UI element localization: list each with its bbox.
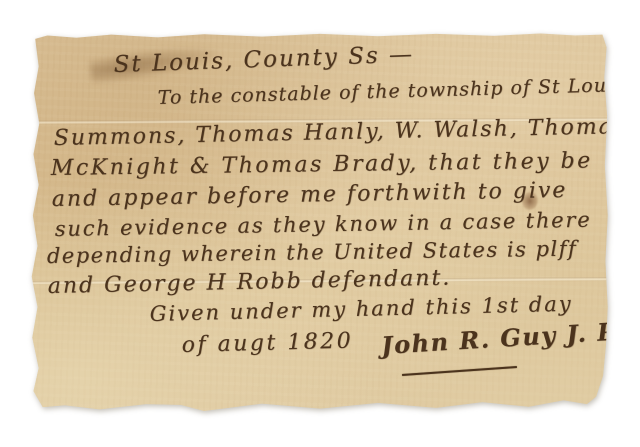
document-line-body-1: and appear before me forthwith to give	[52, 180, 568, 211]
document-line-body-2: such evidence as they know in a case the…	[55, 210, 592, 240]
document-line-salutation: To the constable of the township of St L…	[157, 76, 625, 108]
paper-shadow: St Louis, County Ss — To the constable o…	[30, 32, 610, 414]
signature-flourish	[402, 366, 517, 376]
scanned-document-canvas: St Louis, County Ss — To the constable o…	[0, 0, 640, 447]
document-line-date-1: Given under my hand this 1st day	[149, 294, 572, 325]
document-line-body-4: and George H Robb defendant.	[48, 268, 452, 298]
document-line-summons-names-1: Summons, Thomas Hanly, W. Walsh, Thomas	[54, 116, 628, 150]
document-line-summons-names-2: McKnight & Thomas Brady, that they be	[51, 150, 593, 180]
document-line-date-2: of augt 1820	[181, 331, 353, 357]
paper: St Louis, County Ss — To the constable o…	[30, 32, 610, 414]
document-line-body-3: depending wherein the United States is p…	[47, 239, 578, 267]
signature: John R. Guy J. P.	[381, 319, 624, 358]
